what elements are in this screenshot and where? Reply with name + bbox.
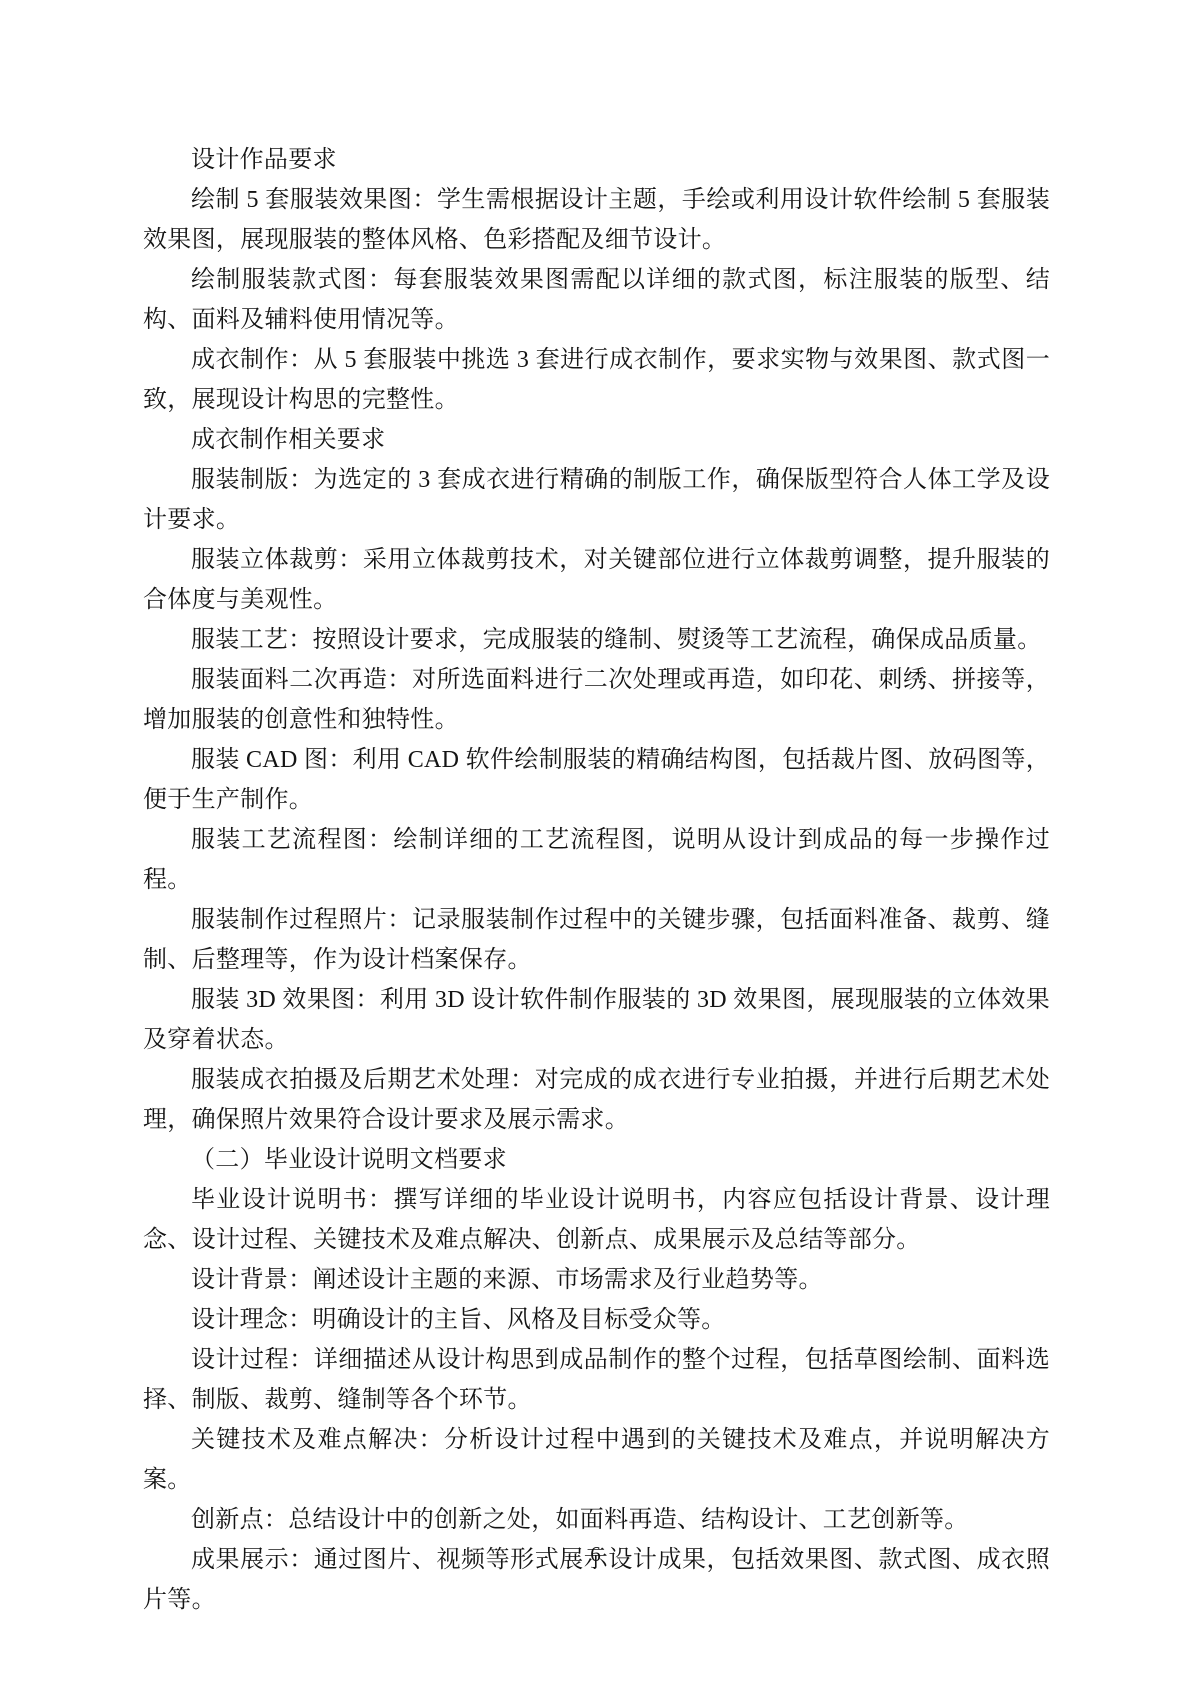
paragraph: 服装工艺流程图：绘制详细的工艺流程图，说明从设计到成品的每一步操作过程。 [143, 820, 1050, 900]
paragraph: 服装制版：为选定的 3 套成衣进行精确的制版工作，确保版型符合人体工学及设计要求… [143, 460, 1050, 540]
paragraph-section-heading: （二）毕业设计说明文档要求 [143, 1140, 1050, 1180]
paragraph: 关键技术及难点解决：分析设计过程中遇到的关键技术及难点，并说明解决方案。 [143, 1420, 1050, 1500]
paragraph: 服装成衣拍摄及后期艺术处理：对完成的成衣进行专业拍摄，并进行后期艺术处理，确保照… [143, 1060, 1050, 1140]
paragraph: 服装 3D 效果图：利用 3D 设计软件制作服装的 3D 效果图，展现服装的立体… [143, 980, 1050, 1060]
paragraph: 绘制 5 套服装效果图：学生需根据设计主题，手绘或利用设计软件绘制 5 套服装效… [143, 180, 1050, 260]
paragraph: 绘制服装款式图：每套服装效果图需配以详细的款式图，标注服装的版型、结构、面料及辅… [143, 260, 1050, 340]
paragraph: 服装制作过程照片：记录服装制作过程中的关键步骤，包括面料准备、裁剪、缝制、后整理… [143, 900, 1050, 980]
paragraph: 创新点：总结设计中的创新之处，如面料再造、结构设计、工艺创新等。 [143, 1500, 1050, 1540]
paragraph-heading: 成衣制作相关要求 [143, 420, 1050, 460]
paragraph-heading: 设计作品要求 [143, 140, 1050, 180]
document-text-block: 设计作品要求 绘制 5 套服装效果图：学生需根据设计主题，手绘或利用设计软件绘制… [143, 140, 1050, 1620]
paragraph: 服装立体裁剪：采用立体裁剪技术，对关键部位进行立体裁剪调整，提升服装的合体度与美… [143, 540, 1050, 620]
paragraph: 成衣制作：从 5 套服装中挑选 3 套进行成衣制作，要求实物与效果图、款式图一致… [143, 340, 1050, 420]
paragraph: 设计背景：阐述设计主题的来源、市场需求及行业趋势等。 [143, 1260, 1050, 1300]
paragraph: 服装工艺：按照设计要求，完成服装的缝制、熨烫等工艺流程，确保成品质量。 [143, 620, 1050, 660]
paragraph: 设计理念：明确设计的主旨、风格及目标受众等。 [143, 1300, 1050, 1340]
document-page: 设计作品要求 绘制 5 套服装效果图：学生需根据设计主题，手绘或利用设计软件绘制… [0, 0, 1191, 1684]
paragraph: 毕业设计说明书：撰写详细的毕业设计说明书，内容应包括设计背景、设计理念、设计过程… [143, 1180, 1050, 1260]
paragraph: 服装 CAD 图：利用 CAD 软件绘制服装的精确结构图，包括裁片图、放码图等，… [143, 740, 1050, 820]
paragraph: 服装面料二次再造：对所选面料进行二次处理或再造，如印花、刺绣、拼接等，增加服装的… [143, 660, 1050, 740]
page-number: 6 [0, 1541, 1191, 1567]
paragraph: 设计过程：详细描述从设计构思到成品制作的整个过程，包括草图绘制、面料选择、制版、… [143, 1340, 1050, 1420]
